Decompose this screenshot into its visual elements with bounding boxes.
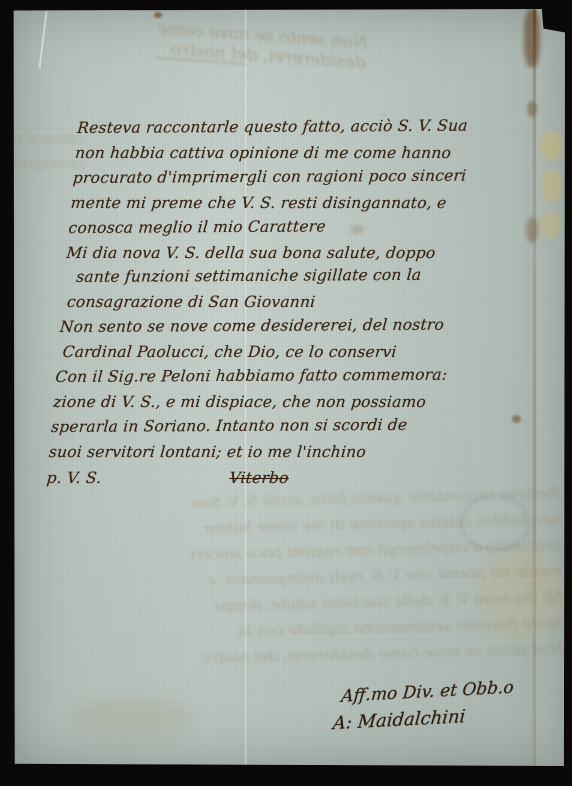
letter-line: Cardinal Paolucci, che Dio, ce lo conser… [57,340,537,365]
letter-line: consagrazione di San Giovanni [61,290,541,315]
letter-line: mente mi preme che V. S. resti disingann… [70,191,550,216]
letter-line: procurato d'imprimergli con ragioni poco… [72,163,552,191]
letter-line: Con il Sig.re Peloni habbiamo fatto comm… [54,362,534,390]
letter-text-block: Resteva raccontarle questo fatto, acciò … [46,116,557,491]
closing-row: p. V. S. Viterbo [46,466,526,491]
letter-line: suoi servitori lontani; et io me l'inchi… [48,440,528,465]
letter-line: conosca meglio il mio Carattere [68,213,548,241]
letter-page: Non sento se nove come desidererei, del … [12,9,565,766]
letter-line: zione di V. S., e mi dispiace, che non p… [52,390,532,415]
letter-line: non habbia cattiva opinione di me come h… [74,141,554,166]
letter-line: sante funzioni settimaniche sigillate co… [63,263,543,291]
letter-line: Non sento se nove come desidererei, del … [59,312,539,340]
watermark-ring [460,495,530,551]
letter-line: Resteva raccontarle questo fatto, acciò … [76,113,556,141]
letter-line: sperarla in Soriano. Intanto non si scor… [50,412,530,440]
scan-background: Non sento se nove come desidererei, del … [0,0,572,786]
closing-place-struck: Viterbo [228,466,290,491]
closing-salutation: p. V. S. [46,466,103,491]
